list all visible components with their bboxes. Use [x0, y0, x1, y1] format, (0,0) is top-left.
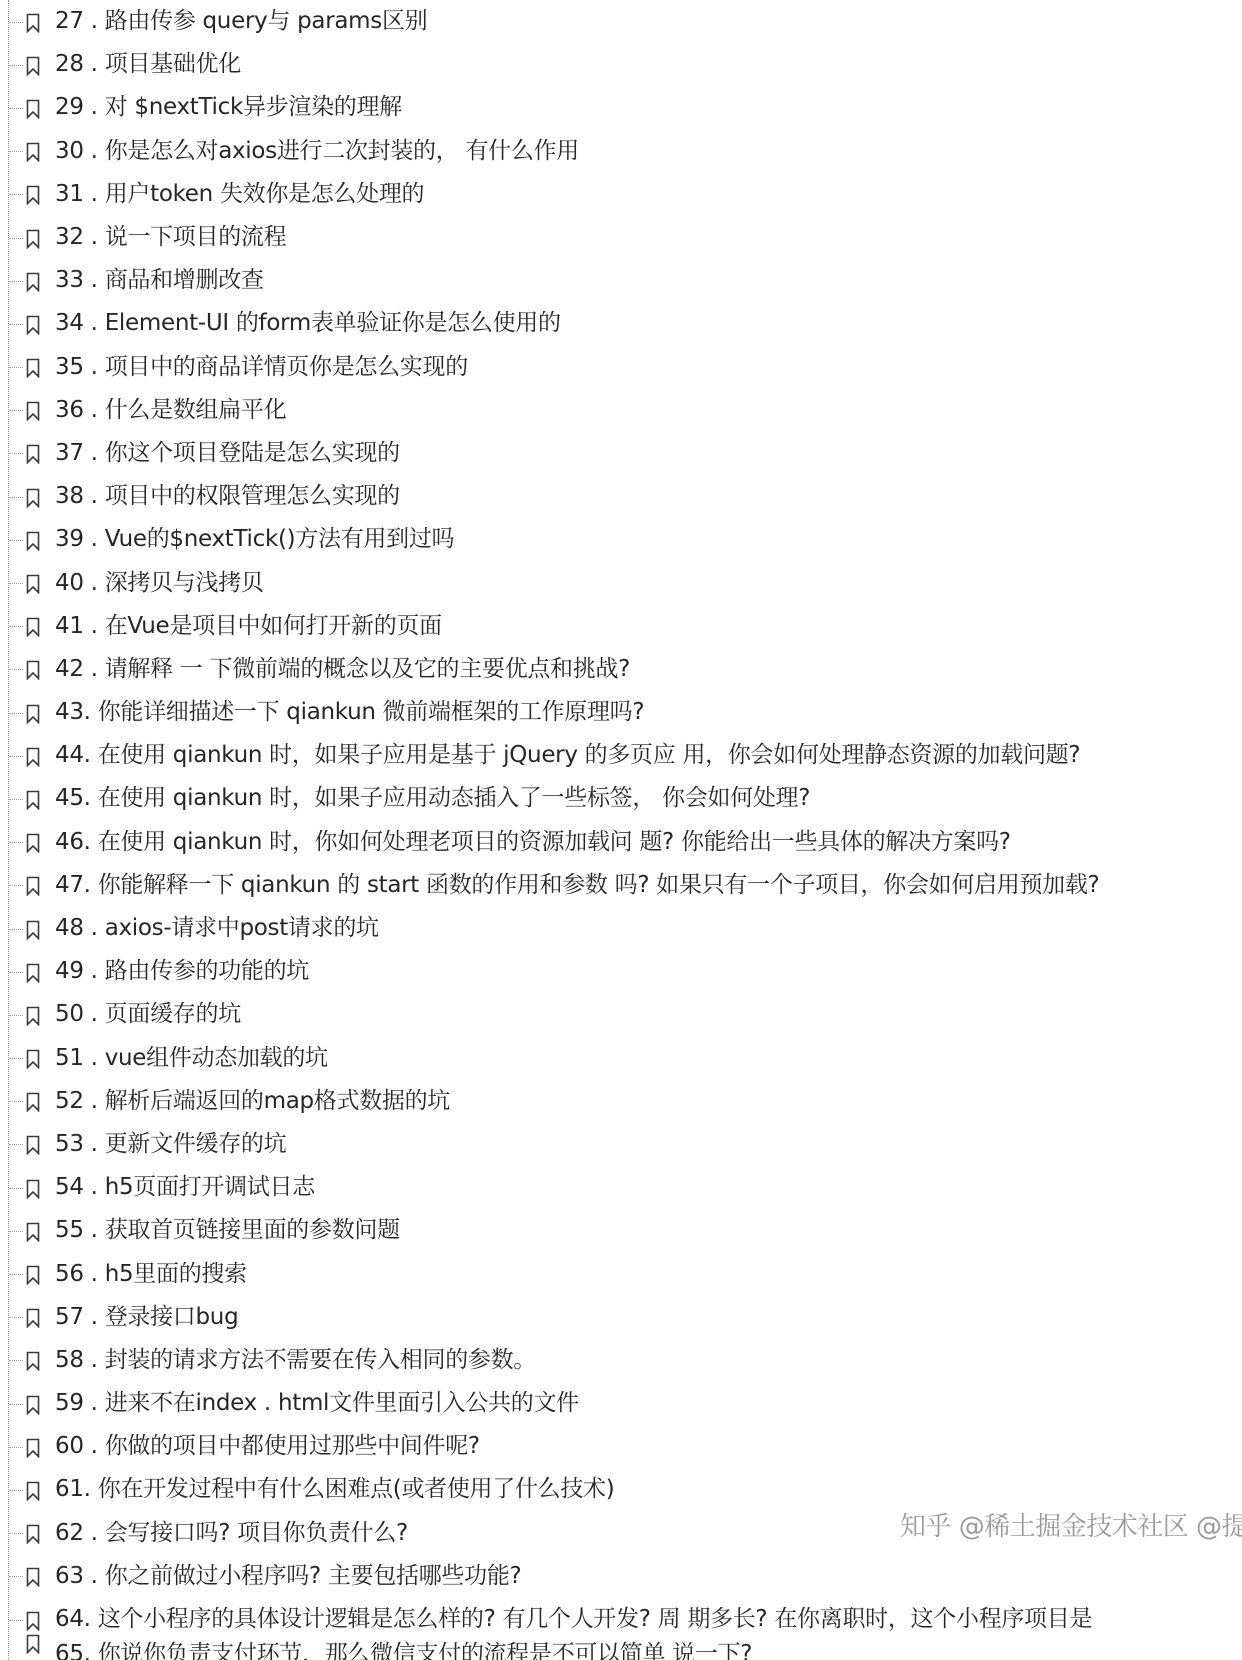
bookmark-label: 64. 这个小程序的具体设计逻辑是怎么样的? 有几个人开发? 周 期多长? 在你…: [55, 1608, 1092, 1631]
bookmark-icon: [26, 1049, 40, 1069]
bookmark-label: 42 . 请解释 一 下微前端的概念以及它的主要优点和挑战?: [55, 658, 630, 681]
bookmark-icon: [26, 1222, 40, 1242]
bookmark-label: 30 . 你是怎么对axios进行二次封装的， 有什么作用: [55, 140, 579, 163]
tree-branch-line: [9, 281, 23, 282]
tree-branch-line: [9, 1317, 23, 1318]
tree-branch-line: [9, 626, 23, 627]
bookmark-label: 32 . 说一下项目的流程: [55, 226, 286, 249]
tree-branch-line: [9, 1490, 23, 1491]
bookmark-icon: [26, 1351, 40, 1371]
bookmark-label: 54 . h5页面打开调试日志: [55, 1176, 315, 1199]
bookmark-icon: [26, 1438, 40, 1458]
bookmark-label: 48 . axios-请求中post请求的坑: [55, 917, 379, 940]
tree-branch-line: [9, 713, 23, 714]
bookmark-label: 55 . 获取首页链接里面的参数问题: [55, 1219, 400, 1242]
tree-branch-line: [9, 1274, 23, 1275]
tree-branch-line: [9, 22, 23, 23]
bookmark-label: 38 . 项目中的权限管理怎么实现的: [55, 485, 400, 508]
tree-branch-line: [9, 1533, 23, 1534]
tree-branch-line: [9, 65, 23, 66]
bookmark-label: 29 . 对 $nextTick异步渲染的理解: [55, 96, 402, 119]
tree-branch-line: [9, 540, 23, 541]
bookmark-label: 59 . 进来不在index . html文件里面引入公共的文件: [55, 1392, 579, 1415]
tree-branch-line: [9, 1188, 23, 1189]
bookmark-label: 35 . 项目中的商品详情页你是怎么实现的: [55, 356, 468, 379]
bookmark-icon: [26, 1092, 40, 1112]
bookmark-icon: [26, 1634, 40, 1654]
bookmark-label: 47. 你能解释一下 qiankun 的 start 函数的作用和参数 吗? 如…: [55, 874, 1099, 897]
bookmark-icon: [26, 1006, 40, 1026]
tree-branch-line: [9, 108, 23, 109]
bookmark-label: 51 . vue组件动态加载的坑: [55, 1047, 328, 1070]
bookmark-icon: [26, 488, 40, 508]
bookmark-icon: [26, 13, 40, 33]
bookmark-label: 31 . 用户token 失效你是怎么处理的: [55, 183, 424, 206]
tree-branch-line: [9, 799, 23, 800]
tree-branch-line: [9, 842, 23, 843]
tree-branch-line: [9, 1015, 23, 1016]
bookmark-label: 49 . 路由传参的功能的坑: [55, 960, 309, 983]
bookmark-icon: [26, 1135, 40, 1155]
bookmark-icon: [26, 660, 40, 680]
bookmark-label: 58 . 封装的请求方法不需要在传入相同的参数。: [55, 1349, 536, 1372]
tree-branch-line: [9, 1447, 23, 1448]
bookmark-icon: [26, 1395, 40, 1415]
tree-branch-line: [9, 1576, 23, 1577]
tree-branch-line: [9, 1404, 23, 1405]
bookmarks-panel: 27 . 路由传参 query与 params区别 28 . 项目基础优化 29…: [0, 0, 1242, 1660]
bookmark-icon: [26, 1567, 40, 1587]
bookmark-label: 33 . 商品和增删改查: [55, 269, 264, 292]
bookmark-label: 45. 在使用 qiankun 时，如果子应用动态插入了一些标签， 你会如何处理…: [55, 787, 810, 810]
bookmark-label: 53 . 更新文件缓存的坑: [55, 1133, 286, 1156]
tree-branch-line: [9, 410, 23, 411]
bookmark-label: 65. 你说你负责支付环节，那么微信支付的流程是不可以简单 说一下?: [55, 1643, 752, 1660]
bookmark-icon: [26, 272, 40, 292]
tree-branch-line: [9, 756, 23, 757]
bookmark-icon: [26, 574, 40, 594]
bookmark-label: 46. 在使用 qiankun 时，你如何处理老项目的资源加载问 题? 你能给出…: [55, 831, 1011, 854]
tree-branch-line: [9, 885, 23, 886]
bookmark-icon: [26, 142, 40, 162]
bookmark-label: 28 . 项目基础优化: [55, 53, 241, 76]
bookmark-icon: [26, 790, 40, 810]
bookmark-icon: [26, 358, 40, 378]
bookmark-icon: [26, 963, 40, 983]
bookmark-icon: [26, 1308, 40, 1328]
bookmark-icon: [26, 1611, 40, 1631]
tree-branch-line: [9, 194, 23, 195]
bookmark-icon: [26, 704, 40, 724]
bookmark-icon: [26, 876, 40, 896]
tree-branch-line: [9, 972, 23, 973]
tree-branch-line: [9, 497, 23, 498]
bookmark-label: 37 . 你这个项目登陆是怎么实现的: [55, 442, 400, 465]
tree-branch-line: [9, 238, 23, 239]
bookmark-label: 43. 你能详细描述一下 qiankun 微前端框架的工作原理吗?: [55, 701, 644, 724]
bookmark-label: 44. 在使用 qiankun 时，如果子应用是基于 jQuery 的多页应 用…: [55, 744, 1080, 767]
bookmark-icon: [26, 401, 40, 421]
bookmark-label: 39 . Vue的$nextTick()方法有用到过吗: [55, 528, 454, 551]
bookmark-icon: [26, 920, 40, 940]
bookmark-icon: [26, 229, 40, 249]
tree-connector-line: [8, 0, 9, 1660]
tree-branch-line: [9, 1058, 23, 1059]
bookmark-icon: [26, 617, 40, 637]
bookmark-icon: [26, 56, 40, 76]
bookmark-label: 62 . 会写接口吗? 项目你负责什么?: [55, 1522, 408, 1545]
bookmark-icon: [26, 1481, 40, 1501]
tree-branch-line: [9, 583, 23, 584]
bookmark-label: 60 . 你做的项目中都使用过那些中间件呢?: [55, 1435, 480, 1458]
bookmark-icon: [26, 1524, 40, 1544]
tree-branch-line: [9, 367, 23, 368]
tree-branch-line: [9, 324, 23, 325]
bookmark-label: 41 . 在Vue是项目中如何打开新的页面: [55, 615, 442, 638]
watermark: 知乎 @稀土掘金技术社区 @提哥: [900, 1506, 1242, 1543]
bookmark-label: 56 . h5里面的搜索: [55, 1263, 247, 1286]
tree-branch-line: [9, 669, 23, 670]
tree-branch-line: [9, 1101, 23, 1102]
bookmark-icon: [26, 444, 40, 464]
bookmark-label: 52 . 解析后端返回的map格式数据的坑: [55, 1090, 450, 1113]
bookmark-icon: [26, 1179, 40, 1199]
tree-branch-line: [9, 1360, 23, 1361]
bookmark-label: 50 . 页面缓存的坑: [55, 1003, 241, 1026]
bookmark-icon: [26, 531, 40, 551]
bookmark-label: 61. 你在开发过程中有什么困难点(或者使用了什么技术): [55, 1478, 614, 1501]
bookmark-label: 40 . 深拷贝与浅拷贝: [55, 572, 264, 595]
bookmark-icon: [26, 99, 40, 119]
bookmark-label: 57 . 登录接口bug: [55, 1306, 238, 1329]
bookmark-label: 27 . 路由传参 query与 params区别: [55, 10, 427, 33]
bookmark-icon: [26, 185, 40, 205]
tree-branch-line: [9, 1144, 23, 1145]
tree-branch-line: [9, 929, 23, 930]
bookmark-label: 34 . Element-UI 的form表单验证你是怎么使用的: [55, 312, 561, 335]
tree-branch-line: [9, 453, 23, 454]
bookmark-label: 63 . 你之前做过小程序吗? 主要包括哪些功能?: [55, 1565, 521, 1588]
bookmark-icon: [26, 315, 40, 335]
bookmark-icon: [26, 747, 40, 767]
tree-branch-line: [9, 1231, 23, 1232]
tree-branch-line: [9, 1620, 23, 1621]
bookmark-icon: [26, 833, 40, 853]
bookmark-label: 36 . 什么是数组扁平化: [55, 399, 286, 422]
bookmark-icon: [26, 1265, 40, 1285]
tree-branch-line: [9, 151, 23, 152]
